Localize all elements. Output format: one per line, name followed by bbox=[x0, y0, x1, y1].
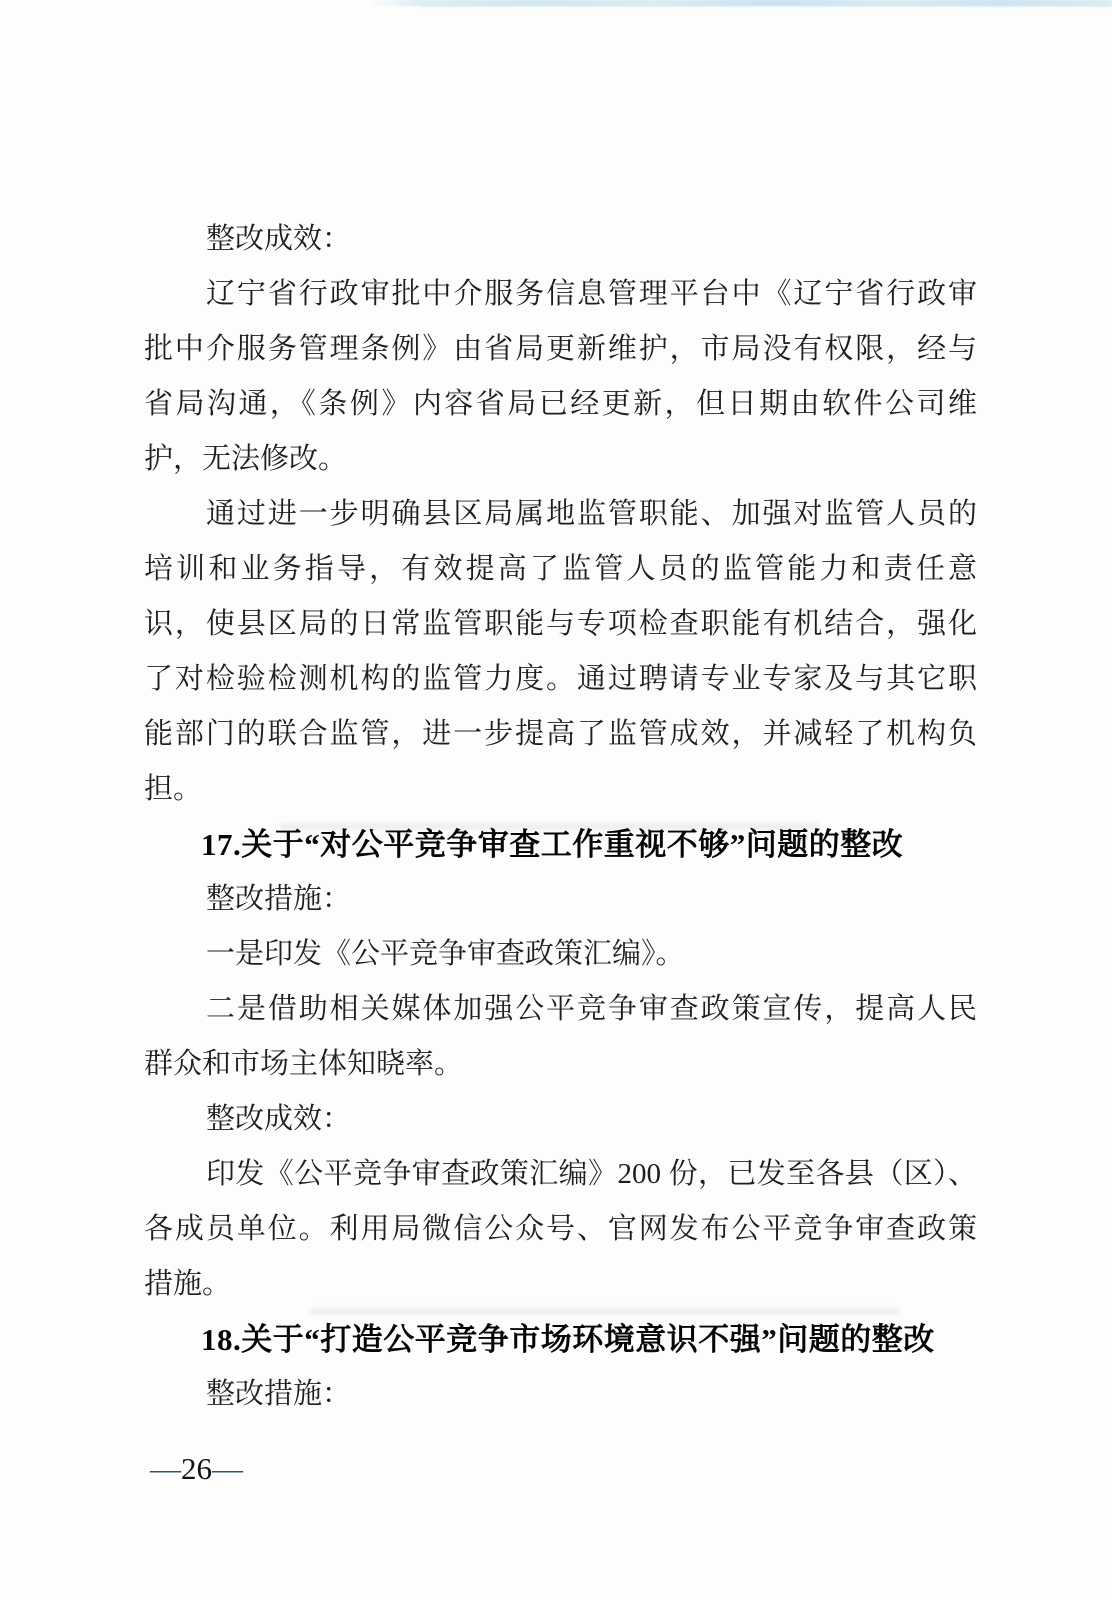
page-number-dash: — bbox=[212, 1451, 243, 1486]
doc-line: 护，无法修改。 bbox=[144, 432, 977, 487]
doc-line: 群众和市场主体知晓率。 bbox=[144, 1037, 977, 1092]
doc-line: 通过进一步明确县区局属地监管职能、加强对监管人员的 bbox=[144, 487, 977, 542]
label-rectification-measures: 整改措施： bbox=[144, 1367, 977, 1422]
doc-line: 识，使县区局的日常监管职能与专项检查职能有机结合，强化 bbox=[144, 597, 977, 652]
label-rectification-measures: 整改措施： bbox=[144, 872, 977, 927]
page-number-dash: — bbox=[150, 1451, 181, 1486]
scan-artifact-strip-fade bbox=[420, 5, 1112, 9]
doc-line: 各成员单位。利用局微信公众号、官网发布公平竞争审查政策 bbox=[144, 1202, 977, 1257]
label-rectification-results: 整改成效： bbox=[144, 1092, 977, 1147]
section-heading-18: 18.关于“打造公平竞争市场环境意识不强”问题的整改 bbox=[144, 1312, 977, 1367]
label-rectification-results: 整改成效： bbox=[144, 212, 977, 267]
section-heading-17: 17.关于“对公平竞争审查工作重视不够”问题的整改 bbox=[144, 817, 977, 872]
doc-line: 措施。 bbox=[144, 1257, 977, 1312]
doc-line: 培训和业务指导，有效提高了监管人员的监管能力和责任意 bbox=[144, 542, 977, 597]
doc-line: 印发《公平竞争审查政策汇编》200 份，已发至各县（区）、 bbox=[144, 1147, 977, 1202]
doc-line: 辽宁省行政审批中介服务信息管理平台中《辽宁省行政审 bbox=[144, 267, 977, 322]
doc-line: 批中介服务管理条例》由省局更新维护，市局没有权限，经与 bbox=[144, 322, 977, 377]
page-number: —26— bbox=[150, 1444, 243, 1494]
doc-line: 了对检验检测机构的监管力度。通过聘请专业专家及与其它职 bbox=[144, 652, 977, 707]
document-body: 整改成效： 辽宁省行政审批中介服务信息管理平台中《辽宁省行政审 批中介服务管理条… bbox=[144, 212, 977, 1422]
doc-line: 一是印发《公平竞争审查政策汇编》。 bbox=[144, 927, 977, 982]
doc-line: 省局沟通，《条例》内容省局已经更新，但日期由软件公司维 bbox=[144, 377, 977, 432]
doc-line: 担。 bbox=[144, 762, 977, 817]
document-page: 整改成效： 辽宁省行政审批中介服务信息管理平台中《辽宁省行政审 批中介服务管理条… bbox=[0, 0, 1112, 1600]
page-number-value: 26 bbox=[181, 1451, 212, 1486]
doc-line: 能部门的联合监管，进一步提高了监管成效，并减轻了机构负 bbox=[144, 707, 977, 762]
doc-line: 二是借助相关媒体加强公平竞争审查政策宣传，提高人民 bbox=[144, 982, 977, 1037]
